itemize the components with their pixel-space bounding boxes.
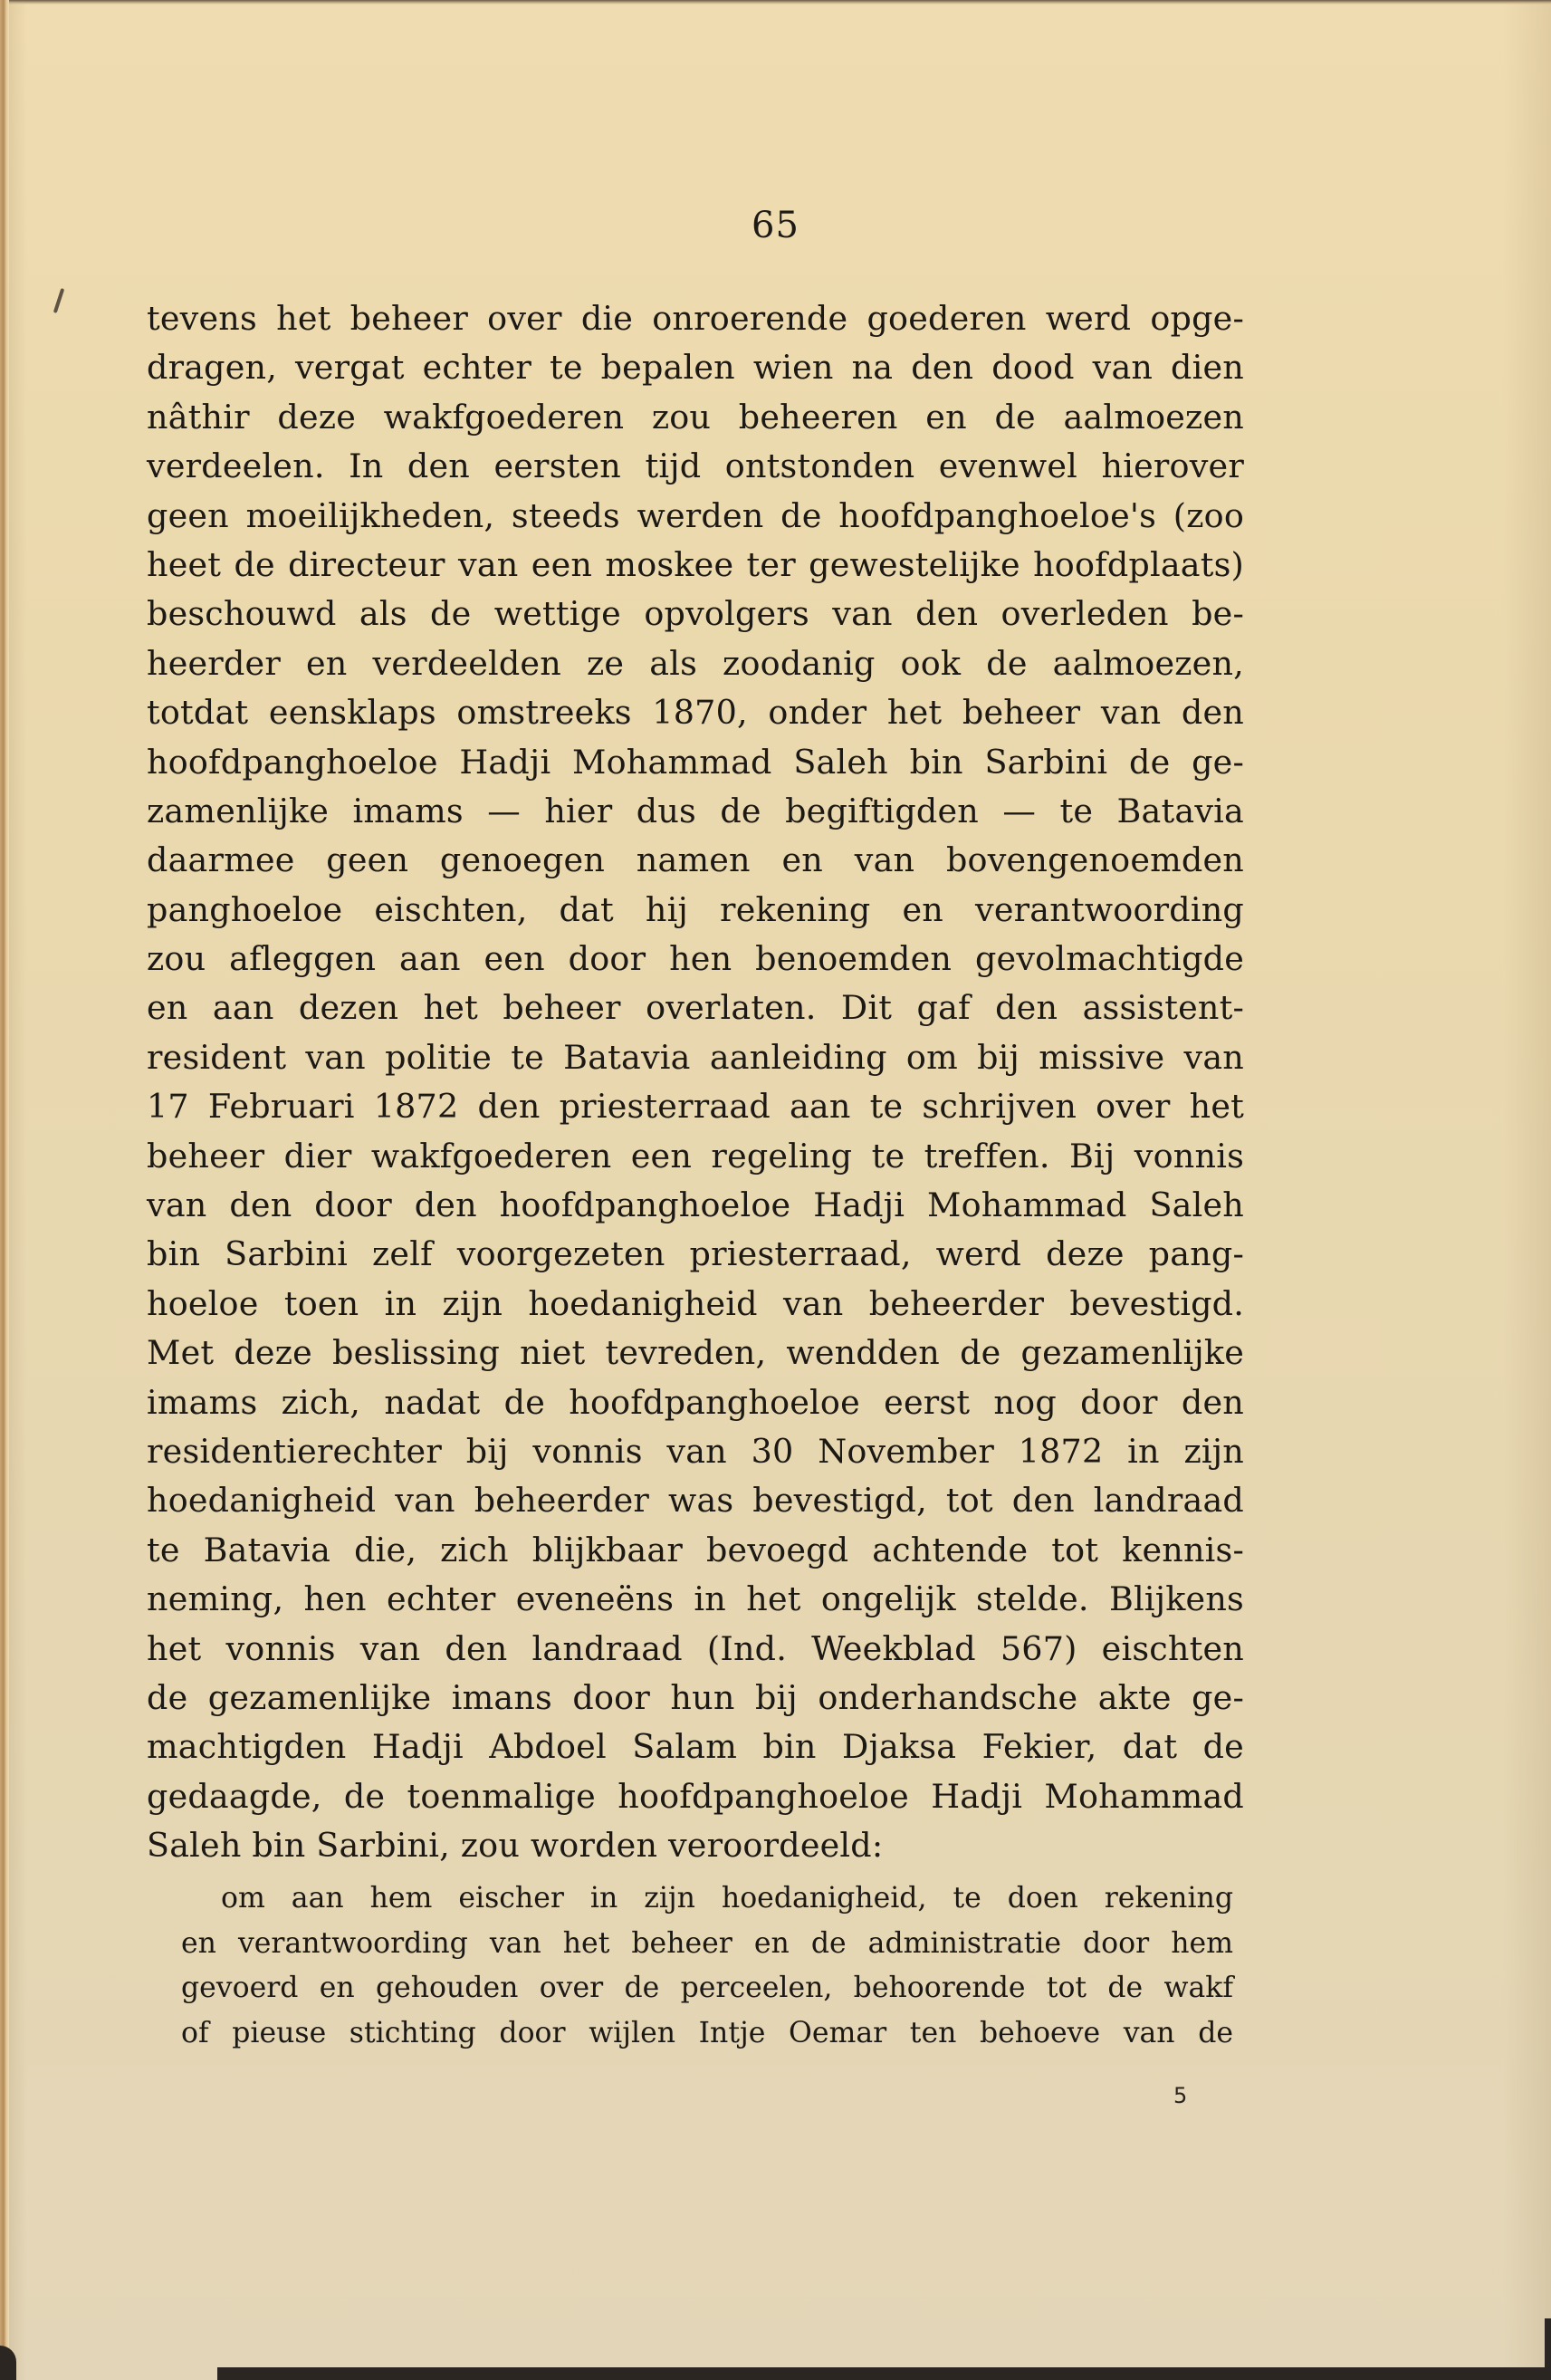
printer-signature-mark: 5: [1173, 2083, 1187, 2108]
page-top-edge: [9, 0, 1551, 5]
text-line: verdeelen. In den eersten tijd ontstonde…: [147, 442, 1244, 491]
text-line: gedaagde, de toenmalige hoofdpanghoeloe …: [147, 1772, 1244, 1821]
text-line: Saleh bin Sarbini, zou worden veroordeel…: [147, 1821, 1244, 1870]
body-paragraph: tevens het beheer over die onroerende go…: [147, 294, 1244, 1871]
text-line: beschouwd als de wettige opvolgers van d…: [147, 590, 1244, 638]
text-line: beheer dier wakfgoederen een regeling te…: [147, 1132, 1244, 1181]
text-line: resident van politie te Batavia aanleidi…: [147, 1033, 1244, 1082]
text-line: het vonnis van den landraad (Ind. Weekbl…: [147, 1625, 1244, 1674]
text-line: nâthir deze wakfgoederen zou beheeren en…: [147, 393, 1244, 442]
page-number: 65: [0, 205, 1551, 246]
text-line: geen moeilijkheden, steeds werden de hoo…: [147, 492, 1244, 541]
quote-line: gevoerd en gehouden over de perceelen, b…: [181, 1966, 1233, 2011]
text-line: heerder en verdeelden ze als zoodanig oo…: [147, 639, 1244, 688]
text-line: heet de directeur van een moskee ter gew…: [147, 541, 1244, 590]
text-line: totdat eensklaps omstreeks 1870, onder h…: [147, 688, 1244, 737]
text-line: zou afleggen aan een door hen benoemden …: [147, 935, 1244, 984]
text-line: daarmee geen genoegen namen en van boven…: [147, 836, 1244, 885]
page-bottom-shadow: [217, 2367, 1551, 2380]
text-line: de gezamenlijke imans door hun bij onder…: [147, 1674, 1244, 1723]
quote-line: om aan hem eischer in zijn hoedanigheid,…: [181, 1876, 1233, 1922]
text-line: residentierechter bij vonnis van 30 Nove…: [147, 1427, 1244, 1476]
text-line: imams zich, nadat de hoofdpanghoeloe eer…: [147, 1378, 1244, 1427]
text-line: hoofdpanghoeloe Hadji Mohammad Saleh bin…: [147, 738, 1244, 787]
quote-line: en verantwoording van het beheer en de a…: [181, 1922, 1233, 1967]
stray-ink-mark: [53, 288, 64, 313]
page-bottom-left-shadow: [0, 2346, 16, 2380]
text-line: tevens het beheer over die onroerende go…: [147, 294, 1244, 343]
page-right-shadow: [1545, 2318, 1551, 2380]
text-line: hoedanigheid van beheerder was bevestigd…: [147, 1476, 1244, 1525]
text-line: bin Sarbini zelf voorgezeten priesterraa…: [147, 1230, 1244, 1279]
text-line: neming, hen echter eveneëns in het ongel…: [147, 1575, 1244, 1624]
text-line: van den door den hoofdpanghoeloe Hadji M…: [147, 1181, 1244, 1230]
text-line: 17 Februari 1872 den priesterraad aan te…: [147, 1082, 1244, 1131]
text-line: panghoeloe eischten, dat hij rekening en…: [147, 886, 1244, 935]
page-left-edge: [0, 0, 9, 2380]
text-line: zamenlijke imams — hier dus de begiftigd…: [147, 787, 1244, 836]
text-line: machtigden Hadji Abdoel Salam bin Djaksa…: [147, 1723, 1244, 1771]
book-page: 65 tevens het beheer over die onroerende…: [0, 0, 1551, 2380]
text-line: dragen, vergat echter te bepalen wien na…: [147, 343, 1244, 392]
quoted-claim-block: om aan hem eischer in zijn hoedanigheid,…: [181, 1876, 1233, 2056]
text-line: en aan dezen het beheer overlaten. Dit g…: [147, 984, 1244, 1032]
text-line: hoeloe toen in zijn hoedanigheid van beh…: [147, 1280, 1244, 1329]
text-line: te Batavia die, zich blijkbaar bevoegd a…: [147, 1526, 1244, 1575]
quote-line: of pieuse stichting door wijlen Intje Oe…: [181, 2011, 1233, 2057]
text-line: Met deze beslissing niet tevreden, wendd…: [147, 1329, 1244, 1377]
